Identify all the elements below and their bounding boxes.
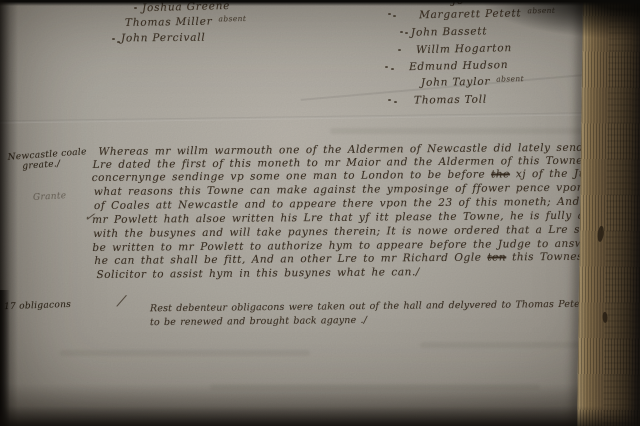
entry-line: Solicitor to assist hym in this busynes … — [96, 266, 420, 281]
book-fore-edge — [577, 0, 640, 426]
entry-text: he can that shall be fitt, And an other … — [94, 252, 487, 267]
edge-blemish — [597, 226, 605, 243]
struck-word: ten — [487, 251, 506, 263]
memorandum-line: to be renewed and brought back agayne ./ — [150, 315, 367, 328]
photo-shadow — [480, 0, 640, 40]
page-edge-lines — [603, 0, 640, 426]
edge-blemish — [602, 312, 608, 323]
entry-text: this Townes — [506, 251, 583, 264]
entry-text: concernynge sendinge vp some one man to … — [92, 169, 491, 184]
photo-edge-bottom — [0, 406, 640, 426]
manuscript-photo: Joshua Greene Thomas Millerabsent John P… — [0, 0, 640, 426]
struck-word: the — [491, 168, 510, 180]
minute-entry: Whereas mr willm warmouth one of the Ald… — [0, 0, 640, 426]
photo-edge-top — [0, 0, 640, 6]
